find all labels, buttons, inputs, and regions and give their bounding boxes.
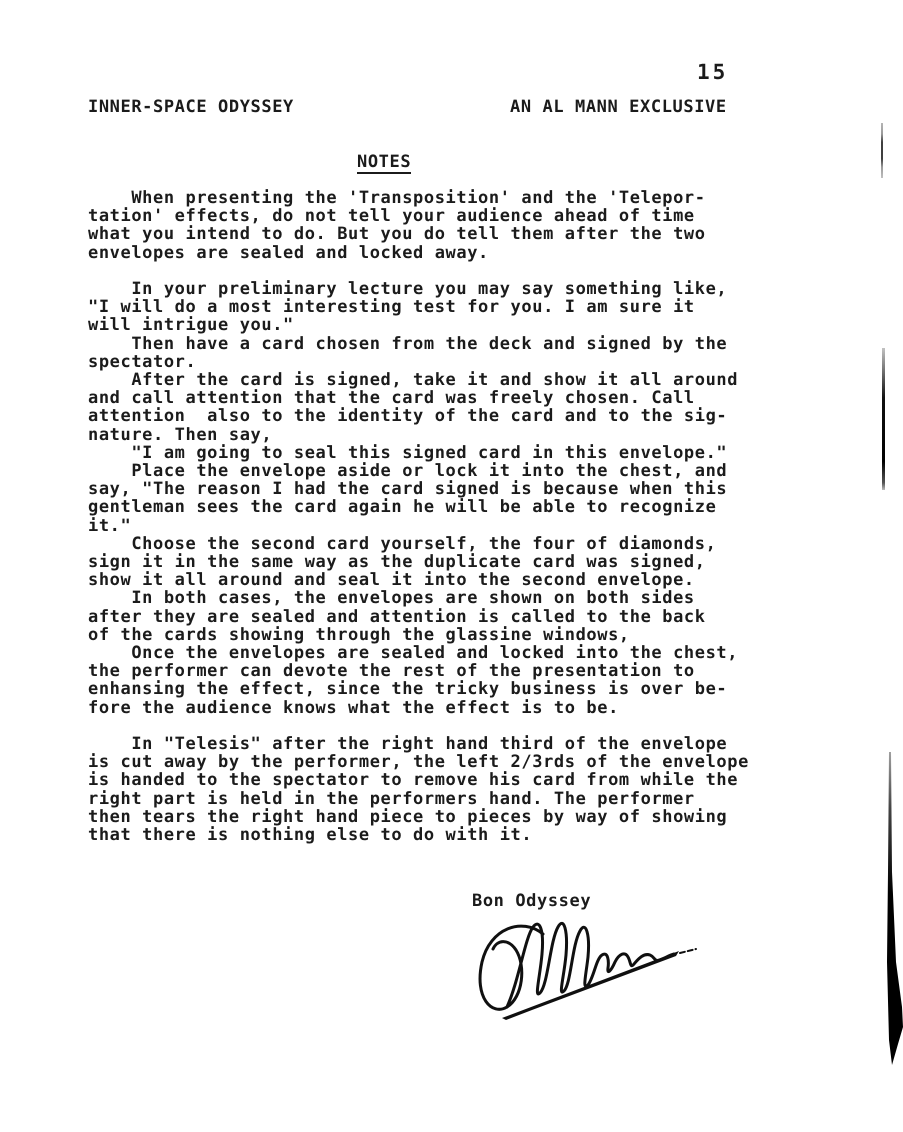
closing-line: Bon Odyssey [472, 892, 591, 910]
paragraph-block-1: When presenting the 'Transposition' and … [88, 189, 706, 262]
document-byline: AN AL MANN EXCLUSIVE [510, 98, 727, 116]
section-title: NOTES [357, 153, 411, 174]
paragraph-block-3: In "Telesis" after the right hand third … [88, 735, 749, 844]
scan-artifact-bottom-edge [880, 752, 903, 1072]
scan-artifact-top [881, 123, 883, 178]
al-mann-signature [468, 914, 708, 1026]
paragraph-block-2: In your preliminary lecture you may say … [88, 280, 738, 717]
page-number: 15 [697, 63, 728, 81]
scan-artifact-middle [882, 348, 885, 490]
document-title: INNER-SPACE ODYSSEY [88, 98, 294, 116]
scanned-document-page: 15 INNER-SPACE ODYSSEY AN AL MANN EXCLUS… [0, 0, 903, 1132]
